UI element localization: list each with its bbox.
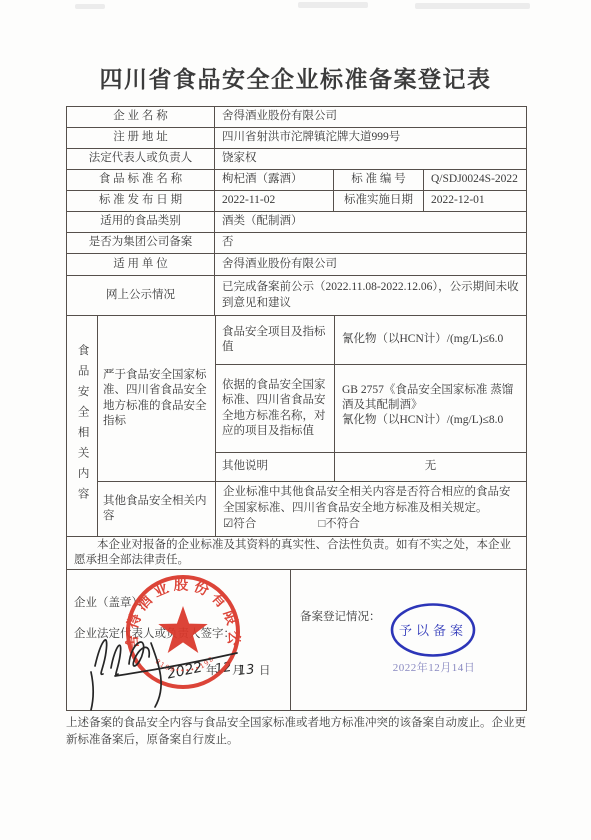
- safety-item-label: 食品安全项目及指标值: [216, 316, 335, 364]
- company-name-label: 企 业 名 称: [67, 107, 215, 127]
- conformity-checkline: ☑符合 □不符合: [223, 517, 519, 533]
- approval-stamp-icon: 予以备案: [389, 602, 477, 660]
- row-standard-name-number: 食 品 标 准 名 称 枸杞酒（露酒） 标 准 编 号 Q/SDJ0024S-2…: [67, 170, 526, 191]
- safety-item-value: 氰化物（以HCN计）/(mg/L)≤6.0: [335, 316, 526, 364]
- footer-note: 上述备案的食品安全内容与食品安全国家标准或者地方标准冲突的该备案自动废止。企业更…: [66, 715, 529, 748]
- food-category-label: 适用的食品类别: [67, 212, 215, 232]
- row-company-name: 企 业 名 称 舍得酒业股份有限公司: [67, 107, 526, 128]
- other-related-label: 其他食品安全相关内容: [98, 482, 216, 536]
- approval-stamp-date: 2022年12月14日: [384, 661, 484, 676]
- other-related-content: 企业标准中其他食品安全相关内容是否符合相应的食品安全国家标准、四川省食品安全地方…: [216, 482, 526, 536]
- company-name-value: 舍得酒业股份有限公司: [215, 107, 526, 127]
- applicable-unit-value: 舍得酒业股份有限公司: [215, 254, 526, 275]
- scan-artifact: [298, 2, 368, 8]
- conform-checkbox-checked: ☑符合: [223, 517, 256, 533]
- scanned-form-page: 四川省食品安全企业标准备案登记表 企 业 名 称 舍得酒业股份有限公司 注 册 …: [0, 0, 591, 840]
- scan-artifact: [415, 3, 530, 9]
- stricter-indicators-label: 严于食品安全国家标准、四川省食品安全地方标准的食品安全指标: [98, 316, 216, 481]
- other-note-value: 无: [335, 453, 526, 481]
- legal-rep-value: 饶家权: [215, 149, 526, 169]
- page-title: 四川省食品安全企业标准备案登记表: [0, 64, 591, 94]
- other-related-text: 企业标准中其他食品安全相关内容是否符合相应的食品安全国家标准、四川省食品安全地方…: [223, 486, 511, 514]
- row-other-note: 其他说明 无: [216, 453, 526, 481]
- declaration-text: 本企业对报备的企业标准及其资料的真实性、合法性负责。如有不实之处，本企业愿承担全…: [74, 538, 519, 568]
- publish-date-value: 2022-11-02: [215, 191, 334, 211]
- basis-standard-line1: GB 2757《食品安全国家标准 蒸馏酒及其配制酒》: [342, 383, 519, 413]
- row-online-publicity: 网上公示情况 已完成备案前公示（2022.11.08-2022.12.06），公…: [67, 276, 526, 316]
- safety-side-label: 食品安全相关内容: [74, 344, 89, 508]
- stricter-indicators-block: 严于食品安全国家标准、四川省食品安全地方标准的食品安全指标 食品安全项目及指标值…: [98, 316, 526, 482]
- row-legal-representative: 法定代表人或负责人 饶家权: [67, 149, 526, 170]
- group-filing-label: 是否为集团公司备案: [67, 233, 215, 253]
- address-label: 注 册 地 址: [67, 128, 215, 148]
- safety-side-header: 食品安全相关内容: [67, 316, 98, 536]
- applicable-unit-label: 适 用 单 位: [67, 254, 215, 275]
- scan-artifact: [75, 4, 105, 9]
- basis-standard-line2: 氰化物（以HCN计）/(mg/L)≤8.0: [342, 413, 519, 428]
- implement-date-label: 标准实施日期: [334, 191, 424, 211]
- declaration-row: 本企业对报备的企业标准及其资料的真实性、合法性负责。如有不实之处，本企业愿承担全…: [67, 537, 526, 570]
- publicity-label: 网上公示情况: [67, 276, 215, 315]
- row-safety-item: 食品安全项目及指标值 氰化物（以HCN计）/(mg/L)≤6.0: [216, 316, 526, 365]
- basis-standard-value: GB 2757《食品安全国家标准 蒸馏酒及其配制酒》 氰化物（以HCN计）/(m…: [335, 365, 526, 452]
- row-standard-dates: 标 准 发 布 日 期 2022-11-02 标准实施日期 2022-12-01: [67, 191, 526, 212]
- registration-label: 备案登记情况：: [300, 610, 381, 625]
- other-related-block: 其他食品安全相关内容 企业标准中其他食品安全相关内容是否符合相应的食品安全国家标…: [98, 482, 526, 536]
- address-value: 四川省射洪市沱牌镇沱牌大道999号: [215, 128, 526, 148]
- other-note-label: 其他说明: [216, 453, 335, 481]
- food-category-value: 酒类（配制酒）: [215, 212, 526, 232]
- handwritten-signature: [85, 612, 270, 712]
- standard-number-value: Q/SDJ0024S-2022: [424, 170, 526, 190]
- publish-date-label: 标 准 发 布 日 期: [67, 191, 215, 211]
- basis-standard-label: 依据的食品安全国家标准、四川省食品安全地方标准名称，对应的项目及指标值: [216, 365, 335, 452]
- row-applicable-unit: 适 用 单 位 舍得酒业股份有限公司: [67, 254, 526, 276]
- publicity-value: 已完成备案前公示（2022.11.08-2022.12.06），公示期间未收到意…: [215, 276, 526, 315]
- standard-name-label: 食 品 标 准 名 称: [67, 170, 215, 190]
- safety-section-body: 严于食品安全国家标准、四川省食品安全地方标准的食品安全指标 食品安全项目及指标值…: [98, 316, 526, 536]
- food-safety-section: 食品安全相关内容 严于食品安全国家标准、四川省食品安全地方标准的食品安全指标 食…: [67, 316, 526, 537]
- row-basis-standard: 依据的食品安全国家标准、四川省食品安全地方标准名称，对应的项目及指标值 GB 2…: [216, 365, 526, 453]
- row-registered-address: 注 册 地 址 四川省射洪市沱牌镇沱牌大道999号: [67, 128, 526, 149]
- row-food-category: 适用的食品类别 酒类（配制酒）: [67, 212, 526, 233]
- standard-number-label: 标 准 编 号: [334, 170, 424, 190]
- standard-name-value: 枸杞酒（露酒）: [215, 170, 334, 190]
- legal-rep-label: 法定代表人或负责人: [67, 149, 215, 169]
- implement-date-value: 2022-12-01: [424, 191, 526, 211]
- row-group-filing: 是否为集团公司备案 否: [67, 233, 526, 254]
- nonconform-checkbox-unchecked: □不符合: [318, 517, 359, 533]
- approval-stamp-text: 予以备案: [399, 623, 467, 638]
- stricter-indicator-rows: 食品安全项目及指标值 氰化物（以HCN计）/(mg/L)≤6.0 依据的食品安全…: [216, 316, 526, 481]
- group-filing-value: 否: [215, 233, 526, 253]
